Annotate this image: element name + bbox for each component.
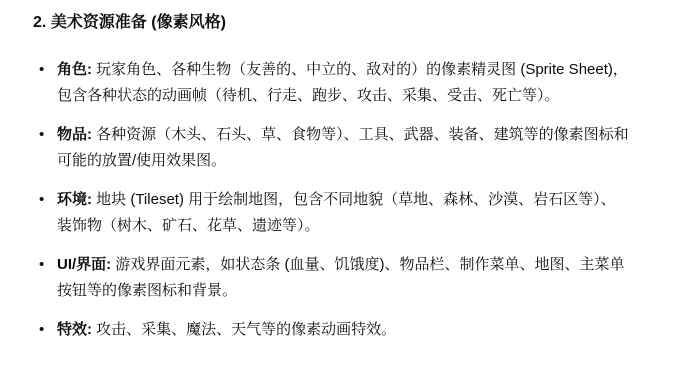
bullet-icon: •	[39, 317, 44, 343]
list-item-items: • 物品: 各种资源（木头、石头、草、食物等）、工具、武器、装备、建筑等的像素图…	[33, 122, 629, 174]
bullet-icon: •	[39, 122, 44, 148]
bullet-list: • 角色: 玩家角色、各种生物（友善的、中立的、敌对的）的像素精灵图 (Spri…	[33, 57, 629, 343]
item-text: 各种资源（木头、石头、草、食物等）、工具、武器、装备、建筑等的像素图标和可能的放…	[57, 126, 629, 169]
list-item-effects: • 特效: 攻击、采集、魔法、天气等的像素动画特效。	[33, 317, 629, 343]
bullet-icon: •	[39, 252, 44, 278]
item-label: 环境:	[57, 191, 92, 208]
item-text: 玩家角色、各种生物（友善的、中立的、敌对的）的像素精灵图 (Sprite She…	[57, 61, 628, 104]
bullet-icon: •	[39, 57, 44, 83]
item-label: 物品:	[57, 126, 92, 143]
list-item-characters: • 角色: 玩家角色、各种生物（友善的、中立的、敌对的）的像素精灵图 (Spri…	[33, 57, 629, 109]
item-text: 攻击、采集、魔法、天气等的像素动画特效。	[92, 321, 396, 338]
item-label: UI/界面:	[57, 256, 111, 273]
bullet-icon: •	[39, 187, 44, 213]
document-body: 2. 美术资源准备 (像素风格) • 角色: 玩家角色、各种生物（友善的、中立的…	[0, 0, 690, 343]
list-item-environment: • 环境: 地块 (Tileset) 用于绘制地图，包含不同地貌（草地、森林、沙…	[33, 187, 629, 239]
section-heading: 2. 美术资源准备 (像素风格)	[33, 13, 650, 32]
item-label: 特效:	[57, 321, 92, 338]
item-label: 角色:	[57, 61, 92, 78]
item-text: 游戏界面元素，如状态条 (血量、饥饿度)、物品栏、制作菜单、地图、主菜单按钮等的…	[57, 256, 625, 299]
item-text: 地块 (Tileset) 用于绘制地图，包含不同地貌（草地、森林、沙漠、岩石区等…	[57, 191, 616, 234]
list-item-ui: • UI/界面: 游戏界面元素，如状态条 (血量、饥饿度)、物品栏、制作菜单、地…	[33, 252, 629, 304]
